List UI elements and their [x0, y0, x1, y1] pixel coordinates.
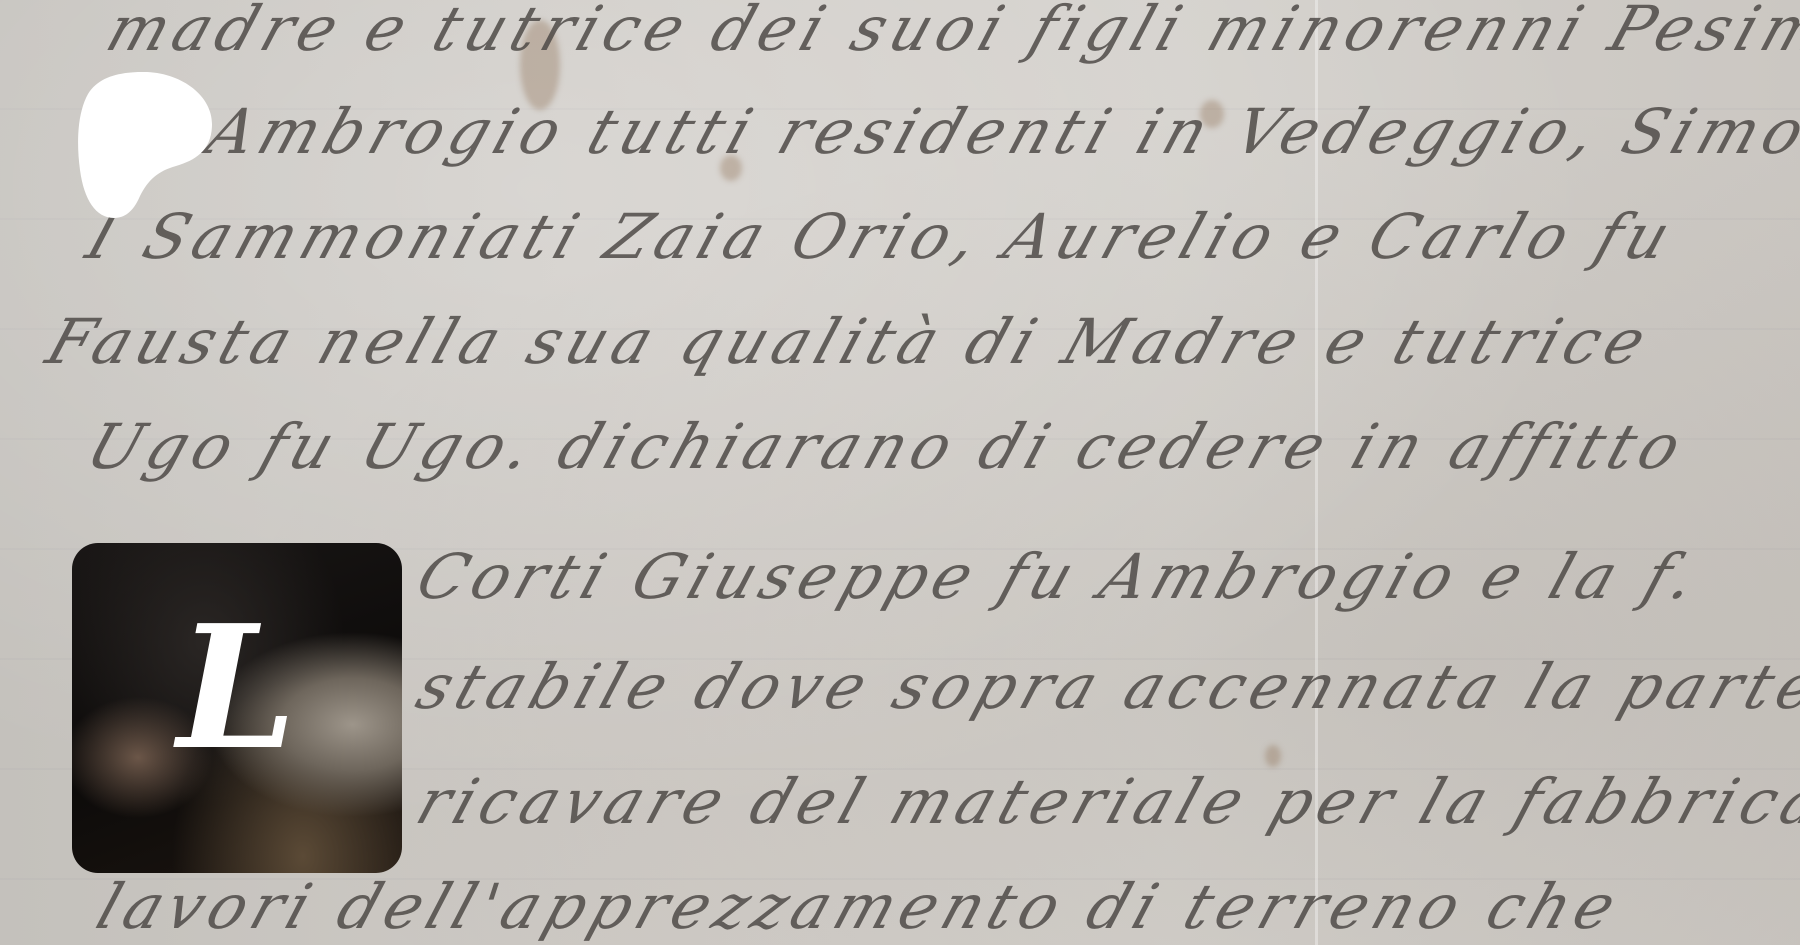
- handwriting-line: Ambrogio tutti residenti in Vedeggio, Si…: [198, 95, 1800, 168]
- handwriting-line: I Sammoniati Zaia Orio, Aurelio e Carlo …: [78, 200, 1685, 273]
- handwriting-line: Fausta nella sua qualità di Madre e tutr…: [38, 305, 1660, 378]
- creator-avatar: L: [72, 543, 402, 873]
- handwriting-line: ricavare del materiale per la fabbrica: [408, 765, 1800, 838]
- handwriting-line: madre e tutrice dei suoi figli minorenni…: [98, 0, 1800, 65]
- handwriting-line: lavori dell'apprezzamento di terreno che: [88, 870, 1631, 943]
- handwriting-line: stabile dove sopra accennata la parte: [408, 650, 1800, 723]
- avatar-monogram: L: [72, 603, 402, 773]
- handwriting-line: Corti Giuseppe fu Ambrogio e la f.: [408, 540, 1711, 613]
- handwriting-line: Ugo fu Ugo. dichiarano di cedere in affi…: [78, 410, 1696, 483]
- patreon-logo-icon: [78, 72, 212, 218]
- ink-stain: [1265, 745, 1281, 767]
